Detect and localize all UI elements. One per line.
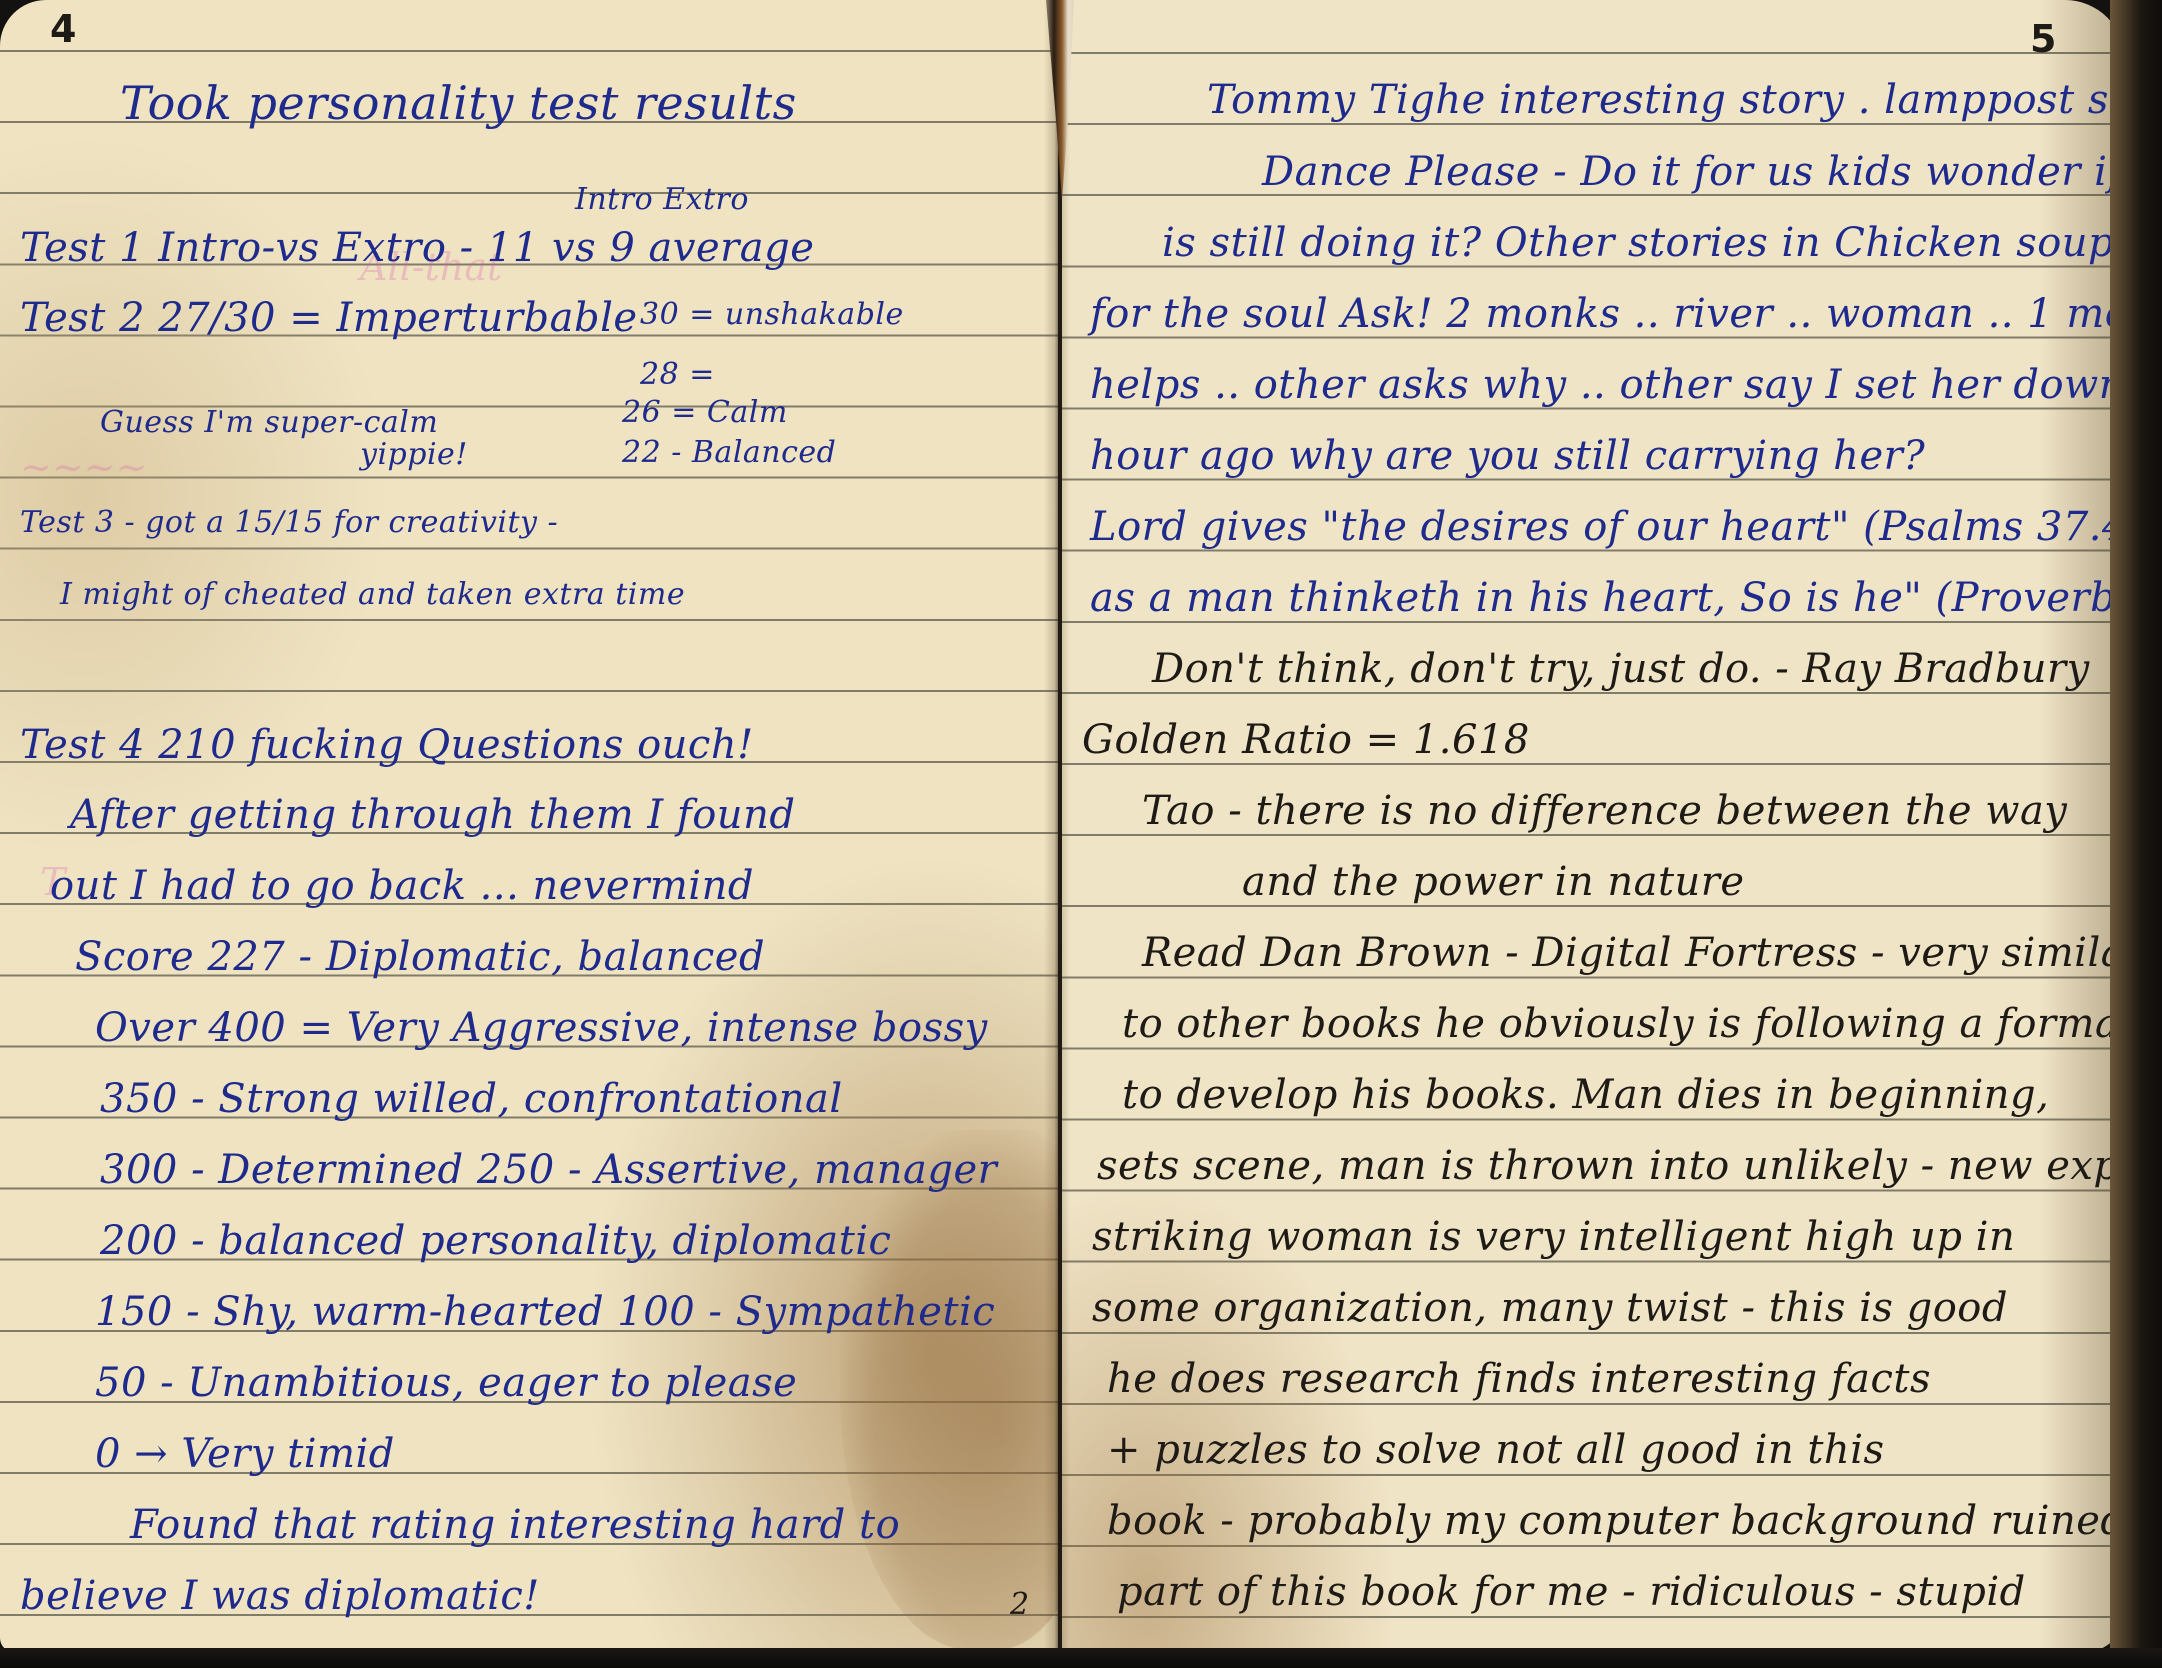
bleed-through-text: ~~~~ xyxy=(20,445,147,489)
margin-mark: 2 xyxy=(1010,1590,1030,1620)
scale-50: 50 - Unambitious, eager to please xyxy=(95,1363,797,1403)
notebook-page-left: All-that ~~~~ T 4 Took personality test … xyxy=(0,0,1058,1652)
note-line-10: Golden Ratio = 1.618 xyxy=(1082,720,1530,760)
note-line-3: is still doing it? Other stories in Chic… xyxy=(1162,223,2114,263)
note-line-11: Tao - there is no difference between the… xyxy=(1142,791,2067,831)
conclusion-line-2: believe I was diplomatic! xyxy=(20,1576,540,1616)
note-line-14: to other books he obviously is following… xyxy=(1122,1004,2125,1044)
score-line: Score 227 - Diplomatic, balanced xyxy=(75,937,765,977)
test4-note-1: After getting through them I found xyxy=(70,795,795,835)
scale-350: 350 - Strong willed, confrontational xyxy=(100,1079,843,1119)
test3-line: Test 3 - got a 15/15 for creativity - xyxy=(20,508,558,538)
note-line-19: he does research finds interesting facts xyxy=(1107,1359,1931,1399)
test2-comment: Guess I'm super-calm xyxy=(100,408,438,438)
note-line-4: for the soul Ask! 2 monks .. river .. wo… xyxy=(1090,294,2125,334)
note-line-13: Read Dan Brown - Digital Fortress - very… xyxy=(1142,933,2125,973)
notebook-spine xyxy=(1044,0,1070,1652)
test4-line: Test 4 210 fucking Questions ouch! xyxy=(20,725,754,765)
page-number-left: 4 xyxy=(50,10,77,48)
coffee-stain xyxy=(840,1130,1058,1650)
page-edge-shadow xyxy=(2110,0,2162,1668)
note-line-12: and the power in nature xyxy=(1242,862,1745,902)
test1-column-header: Intro Extro xyxy=(575,185,749,215)
note-line-20: + puzzles to solve not all good in this xyxy=(1107,1430,1885,1470)
test2-scale-22: 22 - Balanced xyxy=(622,438,836,468)
scale-200: 200 - balanced personality, diplomatic xyxy=(100,1221,891,1261)
conclusion-line-1: Found that rating interesting hard to xyxy=(130,1505,900,1545)
test4-note-2: out I had to go back ... nevermind xyxy=(50,866,754,906)
test3-note: I might of cheated and taken extra time xyxy=(60,580,685,610)
note-line-17: striking woman is very intelligent high … xyxy=(1092,1217,2015,1257)
scale-400: Over 400 = Very Aggressive, intense boss… xyxy=(95,1008,988,1048)
test1-line: Test 1 Intro-vs Extro - 11 vs 9 average xyxy=(20,228,814,268)
page-number-right: 5 xyxy=(2030,20,2057,58)
note-line-15: to develop his books. Man dies in beginn… xyxy=(1122,1075,2049,1115)
test2-scale-26: 26 = Calm xyxy=(622,398,788,428)
page-title: Took personality test results xyxy=(120,80,797,126)
note-line-2: Dance Please - Do it for us kids wonder … xyxy=(1262,152,2125,192)
note-line-6: hour ago why are you still carrying her? xyxy=(1090,436,1925,476)
test2-line: Test 2 27/30 = Imperturbable xyxy=(20,298,638,338)
note-line-7: Lord gives "the desires of our heart" (P… xyxy=(1090,507,2125,547)
test2-scale-28: 28 = xyxy=(640,360,715,390)
test2-yippie: yippie! xyxy=(360,440,468,470)
note-line-21: book - probably my computer background r… xyxy=(1107,1501,2125,1541)
note-line-9: Don't think, don't try, just do. - Ray B… xyxy=(1152,649,2090,689)
note-line-18: some organization, many twist - this is … xyxy=(1092,1288,2008,1328)
scale-150: 150 - Shy, warm-hearted 100 - Sympatheti… xyxy=(95,1292,995,1332)
scale-0: 0 → Very timid xyxy=(95,1434,395,1474)
scale-300: 300 - Determined 250 - Assertive, manage… xyxy=(100,1150,997,1190)
note-line-22: part of this book for me - ridiculous - … xyxy=(1117,1572,2026,1612)
note-line-5: helps .. other asks why .. other say I s… xyxy=(1090,365,2125,405)
cover-bottom-edge xyxy=(0,1648,2162,1668)
test2-scale-30: 30 = unshakable xyxy=(640,300,904,330)
notebook-page-right: 5 Tommy Tighe interesting story . lamppo… xyxy=(1062,0,2125,1652)
note-line-8: as a man thinketh in his heart, So is he… xyxy=(1090,578,2125,618)
note-line-16: sets scene, man is thrown into unlikely … xyxy=(1097,1146,2125,1186)
note-line-1: Tommy Tighe interesting story . lamppost… xyxy=(1207,80,2125,120)
